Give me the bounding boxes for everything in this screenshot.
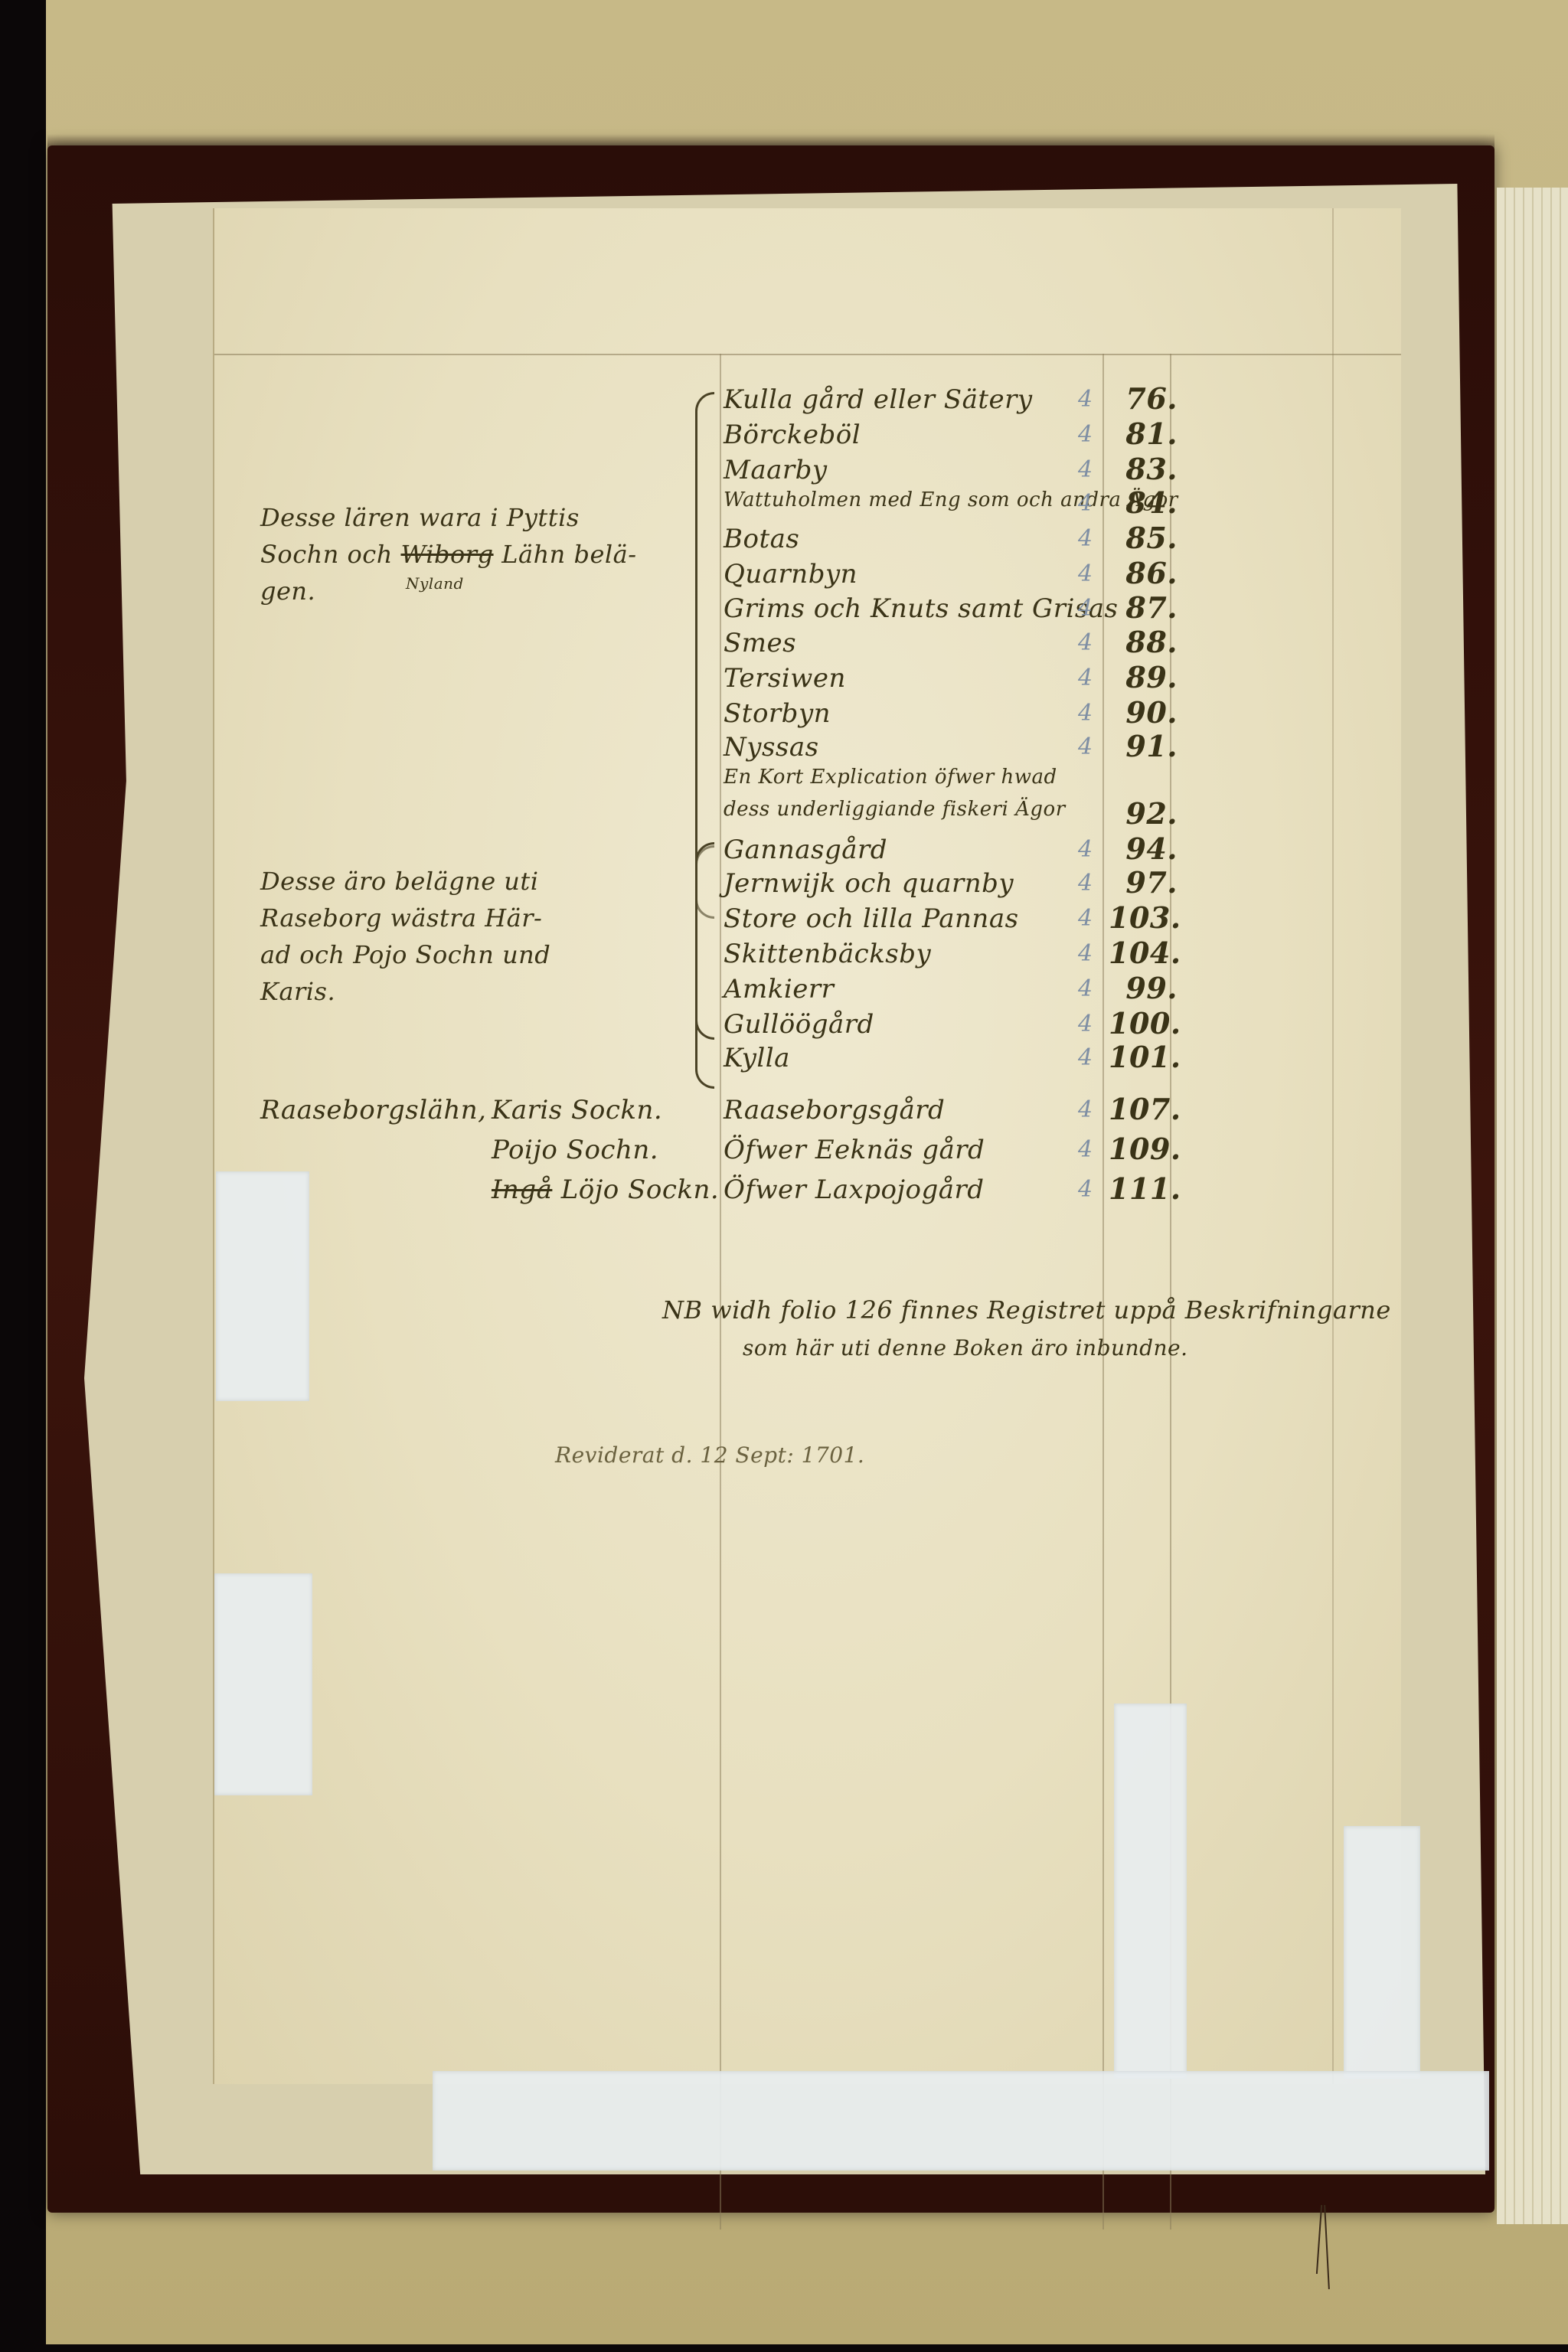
folio-number: 87. xyxy=(1109,590,1178,625)
folio-number: 84. xyxy=(1109,485,1178,520)
manuscript-page: Desse lären wara i Pyttis Sochn och Wibo… xyxy=(213,208,1401,2084)
film-edge-left xyxy=(0,0,46,2352)
tape-patch xyxy=(214,1573,312,1795)
folio-number: 92. xyxy=(1109,796,1178,831)
struck-word: Wiborg xyxy=(400,540,493,569)
note-line: ad och Pojo Sochn und xyxy=(260,940,550,969)
note-line: Sochn och Wiborg Lähn belä- xyxy=(260,540,637,569)
folio-number: 111. xyxy=(1109,1171,1178,1206)
revision-note: Reviderat d. 12 Sept: 1701. xyxy=(555,1442,864,1468)
column-rule-entries xyxy=(720,354,721,2229)
tape-patch xyxy=(1114,1704,1187,2079)
region-label: Raaseborgslähn, xyxy=(260,1095,486,1125)
note-line: Desse lären wara i Pyttis xyxy=(260,503,580,532)
tape-patch xyxy=(1344,1826,1420,2079)
folio-number: 81. xyxy=(1109,416,1178,451)
pencil-tick: 4 xyxy=(1078,1011,1093,1037)
note-line: gen. xyxy=(260,577,315,606)
tape-patch xyxy=(216,1171,309,1401)
folio-number: 76. xyxy=(1109,381,1178,416)
pencil-tick: 4 xyxy=(1078,595,1093,622)
pencil-tick: 4 xyxy=(1078,1044,1093,1071)
folio-number: 89. xyxy=(1109,660,1178,694)
entry-name: En Kort Explication öfwer hwad xyxy=(724,766,1057,789)
note-line: Karis. xyxy=(260,977,335,1006)
entry-name: Smes xyxy=(724,628,796,658)
entry-name: Öfwer Eeknäs gård xyxy=(724,1135,985,1165)
folio-number: 101. xyxy=(1109,1040,1178,1074)
folio-number: 86. xyxy=(1109,556,1178,590)
entry-name: Grims och Knuts samt Grisas xyxy=(724,593,1119,624)
pencil-tick: 4 xyxy=(1078,629,1093,656)
pencil-tick: 4 xyxy=(1078,665,1093,691)
footnote-line2: som här uti denne Boken äro inbundne. xyxy=(743,1335,1188,1361)
pencil-tick: 4 xyxy=(1078,975,1093,1002)
parish-label: Karis Sockn. xyxy=(492,1095,662,1125)
pencil-tick: 4 xyxy=(1078,700,1093,727)
margin-rule xyxy=(1332,208,1334,2084)
pencil-tick: 4 xyxy=(1078,490,1093,517)
header-rule xyxy=(214,354,1401,355)
pencil-tick: 4 xyxy=(1078,1136,1093,1163)
entry-name: dess underliggiande fiskeri Ägor xyxy=(724,798,1066,821)
insertion-note: Nyland xyxy=(406,574,464,593)
entry-name: Kylla xyxy=(724,1043,790,1073)
pencil-tick: 4 xyxy=(1078,386,1093,413)
pencil-tick: 4 xyxy=(1078,940,1093,967)
pencil-tick: 4 xyxy=(1078,870,1093,897)
folio-number: 97. xyxy=(1109,865,1178,900)
right-page-edges xyxy=(1497,188,1568,2224)
folio-number: 100. xyxy=(1109,1006,1178,1040)
entry-name: Quarnbyn xyxy=(724,559,857,590)
pencil-tick: 4 xyxy=(1078,525,1093,552)
tape-strip-bottom xyxy=(433,2071,1489,2171)
folio-number: 109. xyxy=(1109,1132,1178,1166)
parish-label: Ingå Löjo Sockn. xyxy=(492,1174,719,1205)
pencil-tick: 4 xyxy=(1078,421,1093,448)
entry-name: Jernwijk och quarnby xyxy=(724,868,1014,899)
entry-name: Raaseborgsgård xyxy=(724,1095,945,1125)
folio-number: 88. xyxy=(1109,625,1178,659)
pencil-tick: 4 xyxy=(1078,560,1093,587)
entry-name: Maarby xyxy=(724,455,828,485)
pencil-tick: 4 xyxy=(1078,836,1093,863)
brace-group2 xyxy=(695,842,714,1089)
note-line: Desse äro belägne uti xyxy=(260,867,539,896)
entry-name: Botas xyxy=(724,524,799,554)
note-line: Raseborg wästra Här- xyxy=(260,903,542,933)
pencil-tick: 4 xyxy=(1078,1176,1093,1203)
film-edge-bottom xyxy=(0,2344,1568,2352)
pencil-tick: 4 xyxy=(1078,905,1093,932)
folio-number: 94. xyxy=(1109,831,1178,866)
entry-name: Storbyn xyxy=(724,698,831,729)
pencil-tick: 4 xyxy=(1078,1096,1093,1123)
margin-note-group2: Desse äro belägne uti Raseborg wästra Hä… xyxy=(260,863,689,1010)
entry-name: Store och lilla Pannas xyxy=(724,903,1019,934)
pencil-tick: 4 xyxy=(1078,456,1093,483)
folio-number: 103. xyxy=(1109,900,1178,935)
entry-name: Skittenbäcksby xyxy=(724,939,931,969)
parish-text: Löjo Sockn. xyxy=(561,1174,719,1205)
entry-name: Kulla gård eller Sätery xyxy=(724,384,1033,415)
margin-note-group1: Desse lären wara i Pyttis Sochn och Wibo… xyxy=(260,499,689,609)
folio-number: 83. xyxy=(1109,452,1178,486)
entry-name: Öfwer Laxpojogård xyxy=(724,1174,985,1205)
entry-name: Tersiwen xyxy=(724,663,846,694)
footnote-line1: NB widh folio 126 finnes Registret uppå … xyxy=(662,1295,1391,1325)
folio-number: 85. xyxy=(1109,521,1178,555)
folio-number: 90. xyxy=(1109,695,1178,730)
entry-name: Amkierr xyxy=(724,974,834,1004)
folio-number: 107. xyxy=(1109,1092,1178,1126)
column-rule-ticks xyxy=(1102,354,1104,2229)
pencil-tick: 4 xyxy=(1078,733,1093,760)
entry-name: Börckeböl xyxy=(724,420,861,450)
parish-label: Poijo Sochn. xyxy=(492,1135,658,1165)
folio-number: 99. xyxy=(1109,971,1178,1005)
entry-name: Gullöögård xyxy=(724,1009,874,1040)
struck-word: Ingå xyxy=(492,1174,552,1205)
folio-number: 91. xyxy=(1109,729,1178,763)
entry-name: Nyssas xyxy=(724,732,819,763)
folio-number: 104. xyxy=(1109,936,1178,970)
entry-name: Gannasgård xyxy=(724,835,887,865)
